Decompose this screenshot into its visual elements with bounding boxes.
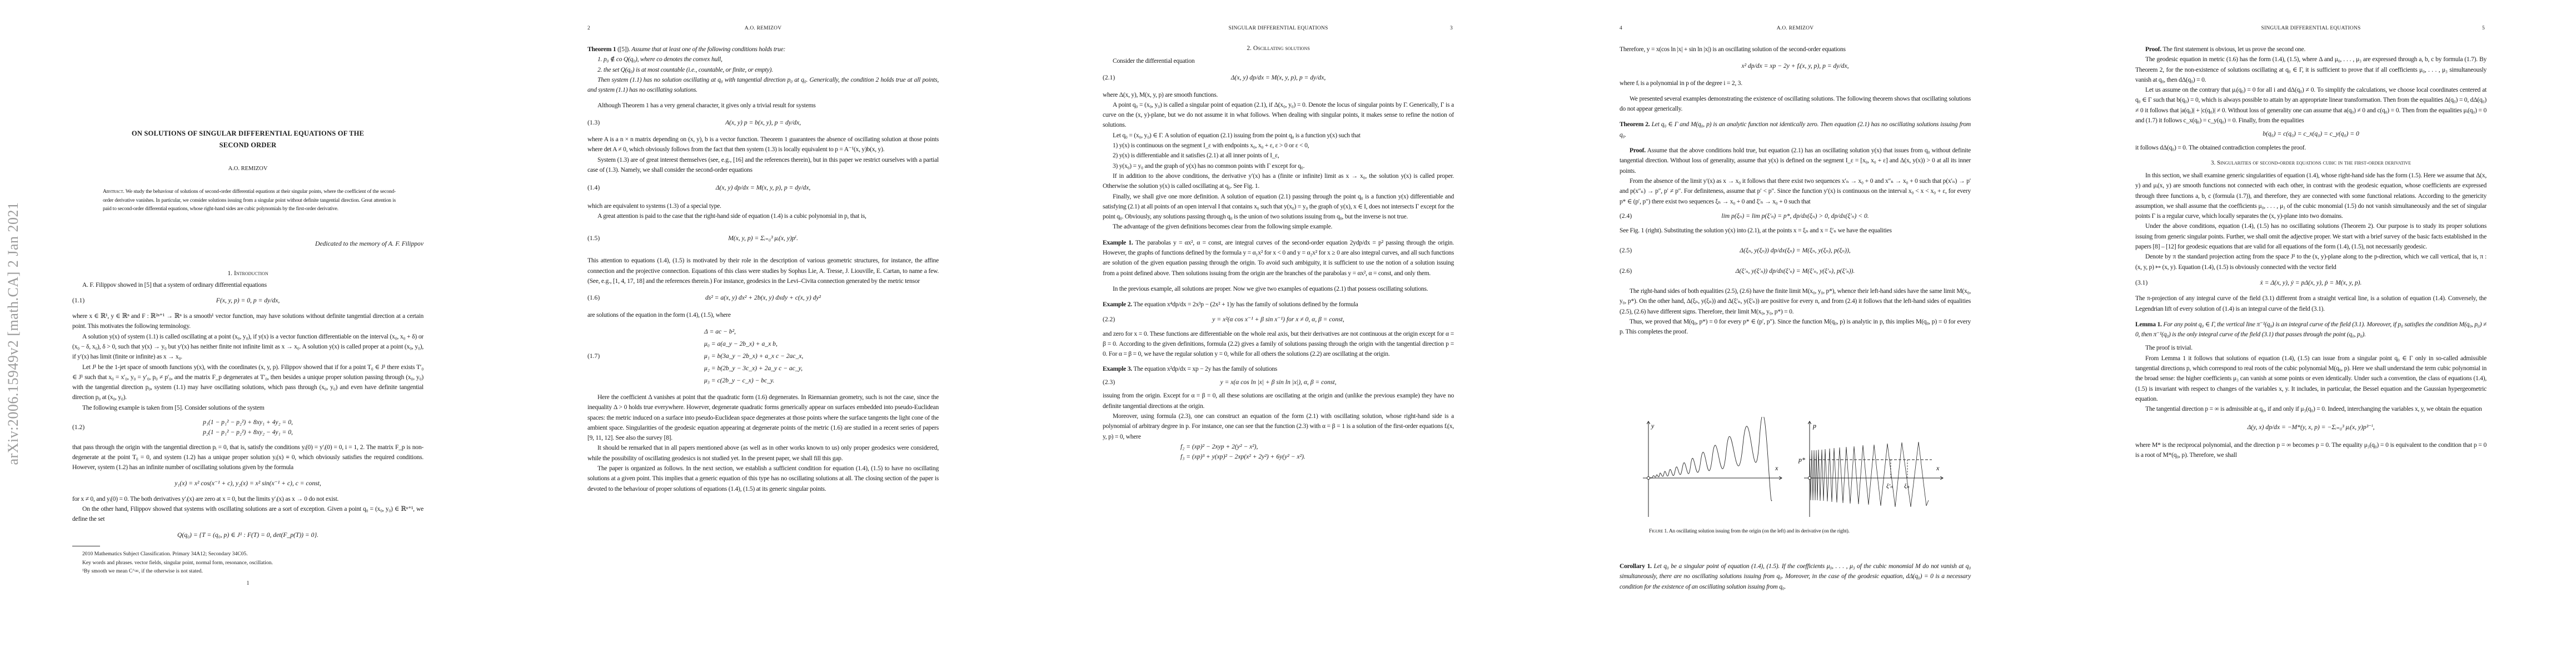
paragraph: System (1.3) are of great interest thems… <box>587 155 939 176</box>
paragraph: Here the coefficient Δ vanishes at point… <box>587 392 939 443</box>
footnote-rule <box>72 546 100 546</box>
page-5: SINGULAR DIFFERENTIAL EQUATIONS 5 Proof.… <box>2061 0 2576 667</box>
page-number: 3 <box>1450 26 1453 31</box>
svg-text:p*: p* <box>1798 456 1805 464</box>
paragraph: where A is a n × n matrix depending on (… <box>587 135 939 155</box>
theorem-2: Theorem 2. Let q₀ ∈ Γ and M(q₀, p) is an… <box>1620 120 1971 140</box>
list-item: 3) y(x₀) = y₀ and the graph of y(x) has … <box>1103 161 1454 171</box>
running-head: A.O. REMIZOV <box>587 26 939 31</box>
equation-2-5: (2.5)Δ(ξₙ, y(ξₙ)) dp/dx(ξₙ) = M(ξₙ, y(ξₙ… <box>1620 246 1971 256</box>
lemma-1: Lemma 1. For any point q₀ ∈ Γ, the verti… <box>2135 320 2487 340</box>
paragraph: where fᵢ is a polynomial in p of the deg… <box>1620 78 1971 88</box>
paragraph: The geodesic equation in metric (1.6) ha… <box>2135 54 2487 85</box>
paragraph: where x ∈ ℝ¹, y ∈ ℝⁿ and F : ℝ²ⁿ⁺¹ → ℝⁿ … <box>72 311 423 332</box>
equation-f3: f₃ = (xp)³ + y(xp)² − 2xp(x² + 2y²) + 6y… <box>1103 452 1454 462</box>
paragraph: A. F. Filippov showed in [5] that a syst… <box>72 280 423 290</box>
equation-3-1: (3.1)ẋ = Δ(x, y), ẏ = pΔ(x, y), ṗ = M(x,… <box>2135 278 2487 288</box>
figure-1: y x p p* x ξ′ₙ ξₙ <box>1643 417 1954 522</box>
paragraph: The following example is taken from [5].… <box>72 403 423 413</box>
author: A.O. REMIZOV <box>72 166 423 172</box>
equation-c: Δ(y, x) dp/dx = −M*(y, x, p) = −Σᵢ₌₀³ μᵢ… <box>2135 422 2487 432</box>
paragraph: The paper is organized as follows. In th… <box>587 464 939 494</box>
paragraph: Although Theorem 1 has a very general ch… <box>587 101 939 111</box>
equation-1-6: (1.6)ds² = a(x, y) dx² + 2b(x, y) dxdy +… <box>587 293 939 303</box>
paragraph: Let us assume on the contrary that μᵢ(q₀… <box>2135 85 2487 126</box>
paragraph: Therefore, y = x(cos ln |x| + sin ln |x|… <box>1620 44 1971 54</box>
theorem-conclusion: Then system (1.1) has no solution oscill… <box>587 75 939 96</box>
page-3: SINGULAR DIFFERENTIAL EQUATIONS 3 2. Osc… <box>1030 0 1546 667</box>
paragraph: In the previous example, all solutions a… <box>1103 284 1454 294</box>
paragraph: The tangential direction p = ∞ is admiss… <box>2135 404 2487 414</box>
oscillating-curve <box>1648 417 1772 501</box>
running-head: SINGULAR DIFFERENTIAL EQUATIONS <box>1103 26 1454 31</box>
paper-title: ON SOLUTIONS OF SINGULAR DIFFERENTIAL EQ… <box>72 128 423 151</box>
paragraph: for x ≠ 0, and yᵢ(0) = 0. The both deriv… <box>72 494 423 504</box>
paragraph: Finally, we shall give one more definiti… <box>1103 192 1454 222</box>
example-2: Example 2. The equation x⁴dp/dx = 2x³p −… <box>1103 300 1454 310</box>
paragraph: The π-projection of any integral curve o… <box>2135 293 2487 314</box>
page-1: arXiv:2006.15949v2 [math.CA] 2 Jan 2021 … <box>0 0 515 667</box>
section-heading: 1. Introduction <box>72 270 423 277</box>
equation-2-1: (2.1)Δ(x, y) dp/dx = M(x, y, p), p = dy/… <box>1103 73 1454 83</box>
page-2: 2 A.O. REMIZOV Theorem 1 ([5]). Assume t… <box>515 0 1030 667</box>
equation-1-3: (1.3)A(x, y) p = b(x, y), p = dy/dx, <box>587 118 939 128</box>
example-1: Example 1. The parabolas y = αx², α = co… <box>1103 238 1454 278</box>
paragraph: A great attention is paid to the case th… <box>587 211 939 221</box>
equation-oscillating: y₁(x) = x² cos(x⁻¹ + c), y₂(x) = x² sin(… <box>72 479 423 489</box>
paragraph: From Lemma 1 it follows that solutions o… <box>2135 354 2487 404</box>
list-item: 2) y(x) is differentiable and it satisfi… <box>1103 151 1454 161</box>
paragraph: The advantage of the given definitions b… <box>1103 222 1454 232</box>
page-4: 4 A.O. REMIZOV Therefore, y = x(cos ln |… <box>1546 0 2061 667</box>
paragraph: The right-hand sides of both equalities … <box>1620 286 1971 317</box>
paragraph: which are equivalent to systems (1.3) of… <box>587 201 939 211</box>
equation-Q: Q(q₀) = {T = (q₀, p) ∈ J¹ : F(T) = 0, de… <box>72 530 423 540</box>
derivative-curve <box>1810 442 1929 507</box>
paragraph: and zero for x = 0. These functions are … <box>1103 329 1454 360</box>
dedication: Dedicated to the memory of A. F. Filippo… <box>72 240 423 247</box>
paragraph: where M* is the reciprocal polynomial, a… <box>2135 440 2487 461</box>
svg-text:ξ′ₙ: ξ′ₙ <box>1886 483 1893 490</box>
svg-text:ξₙ: ξₙ <box>1904 483 1910 490</box>
svg-text:p: p <box>1812 422 1816 430</box>
paragraph: From the absence of the limit y′(x) as x… <box>1620 176 1971 207</box>
equation-1-7: (1.7) Δ = ac − b², μ₀ = a(a_y − 2b_x) + … <box>587 326 939 387</box>
equation-f2: f₂ = (xp)² − 2xyp + 2(y² − x²), <box>1103 442 1454 452</box>
paragraph: Thus, we proved that M(q₀, p*) = 0 for e… <box>1620 317 1971 337</box>
equation-1-5: (1.5)M(x, y, p) = Σᵢ₌₀³ μᵢ(x, y)pⁱ. <box>587 233 939 243</box>
paragraph: that pass through the origin with the ta… <box>72 442 423 473</box>
svg-text:x: x <box>1775 464 1778 472</box>
origin-point-right <box>1808 477 1811 480</box>
theorem-1: Theorem 1 ([5]). Assume that at least on… <box>587 44 939 54</box>
equation-1-2: (1.2) p₁(1 − p₁² − p₂²) + 8xy₁ + 4y₂ = 0… <box>72 417 423 438</box>
svg-text:x: x <box>1936 464 1940 472</box>
proof: Proof. Assume that the above conditions … <box>1620 146 1971 176</box>
paragraph: We presented several examples demonstrat… <box>1620 94 1971 115</box>
svg-text:y: y <box>1651 422 1655 430</box>
paragraph: Denote by π the standard projection acti… <box>2135 252 2487 272</box>
corollary-1: Corollary 1. Let q₀ be a singular point … <box>1620 561 1971 592</box>
equation-a: x² dp/dx = xp − 2y + fᵢ(x, y, p), p = dy… <box>1620 61 1971 71</box>
equation-2-4: (2.4)lim p(ξₙ) = lim p(ξ′ₙ) = p*, dp/dx(… <box>1620 211 1971 221</box>
paragraph: This attention to equations (1.4), (1.5)… <box>587 256 939 286</box>
paragraph: In this section, we shall examine generi… <box>2135 171 2487 221</box>
paragraph: it follows dΔ(q₀) = 0. The obtained cont… <box>2135 143 2487 153</box>
paragraph: Let q₀ = (x₀, y₀) ∈ Γ. A solution of equ… <box>1103 131 1454 141</box>
abstract: Abstract. We study the behaviour of solu… <box>103 187 396 213</box>
origin-point <box>1647 477 1650 480</box>
paragraph: where Δ(x, y), M(x, y, p) are smooth fun… <box>1103 90 1454 100</box>
equation-2-6: (2.6)Δ(ξ′ₙ, y(ξ′ₙ)) dp/dx(ξ′ₙ) = M(ξ′ₙ, … <box>1620 266 1971 276</box>
paragraph: On the other hand, Filippov showed that … <box>72 504 423 525</box>
running-head: A.O. REMIZOV <box>1620 26 1971 31</box>
paragraph: See Fig. 1 (right). Substituting the sol… <box>1620 226 1971 236</box>
section-heading: 2. Oscillating solutions <box>1103 44 1454 52</box>
proof: Proof. The first statement is obvious, l… <box>2135 44 2487 54</box>
equation-b: b(q₀) = c(q₀) = c_x(q₀) = c_y(q₀) = 0 <box>2135 129 2487 139</box>
paragraph: Moreover, using formula (2.3), one can c… <box>1103 411 1454 442</box>
paragraph: A point q₀ = (x₀, y₀) is called a singul… <box>1103 100 1454 131</box>
paragraph: If in addition to the above conditions, … <box>1103 171 1454 192</box>
theorem-condition: 1. p₀ ∉ co Q(q₀), where co denotes the c… <box>587 54 939 64</box>
footnotes: 2010 Mathematics Subject Classification.… <box>72 550 423 576</box>
page-number: 1 <box>72 580 423 586</box>
theorem-condition: 2. the set Q(q₀) is at most countable (i… <box>587 65 939 75</box>
equation-1-4: (1.4)Δ(x, y) dp/dx = M(x, y, p), p = dy/… <box>587 183 939 193</box>
figure-caption: Figure 1. An oscillating solution issuin… <box>1649 527 1938 536</box>
paragraph: are solutions of the equation in the for… <box>587 310 939 320</box>
paragraph: Under the above conditions, equation (1.… <box>2135 221 2487 252</box>
arxiv-stamp: arXiv:2006.15949v2 [math.CA] 2 Jan 2021 <box>2 0 24 667</box>
equation-2-3: (2.3)y = x(α cos ln |x| + β sin ln |x|),… <box>1103 377 1454 387</box>
list-item: 1) y(x) is continuous on the segment I_ε… <box>1103 141 1454 151</box>
paragraph: The proof is trivial. <box>2135 343 2487 353</box>
running-head: SINGULAR DIFFERENTIAL EQUATIONS <box>2135 26 2487 31</box>
paragraph: issuing from the origin. Except for α = … <box>1103 391 1454 411</box>
paragraph: Let J¹ be the 1-jet space of smooth func… <box>72 362 423 403</box>
paragraph: A solution y(x) of system (1.1) is calle… <box>72 332 423 362</box>
equation-2-2: (2.2)y = x²(α cos x⁻¹ + β sin x⁻¹) for x… <box>1103 315 1454 325</box>
page-number: 5 <box>2482 26 2485 31</box>
section-heading: 3. Singularities of second-order equatio… <box>2135 160 2487 166</box>
paragraph: It should be remarked that in all papers… <box>587 443 939 464</box>
example-3: Example 3. The equation x²dp/dx = xp − 2… <box>1103 364 1454 374</box>
paragraph: Consider the differential equation <box>1103 56 1454 66</box>
equation-1-1: (1.1)F(x, y, p) = 0, p = dy/dx, <box>72 296 423 306</box>
